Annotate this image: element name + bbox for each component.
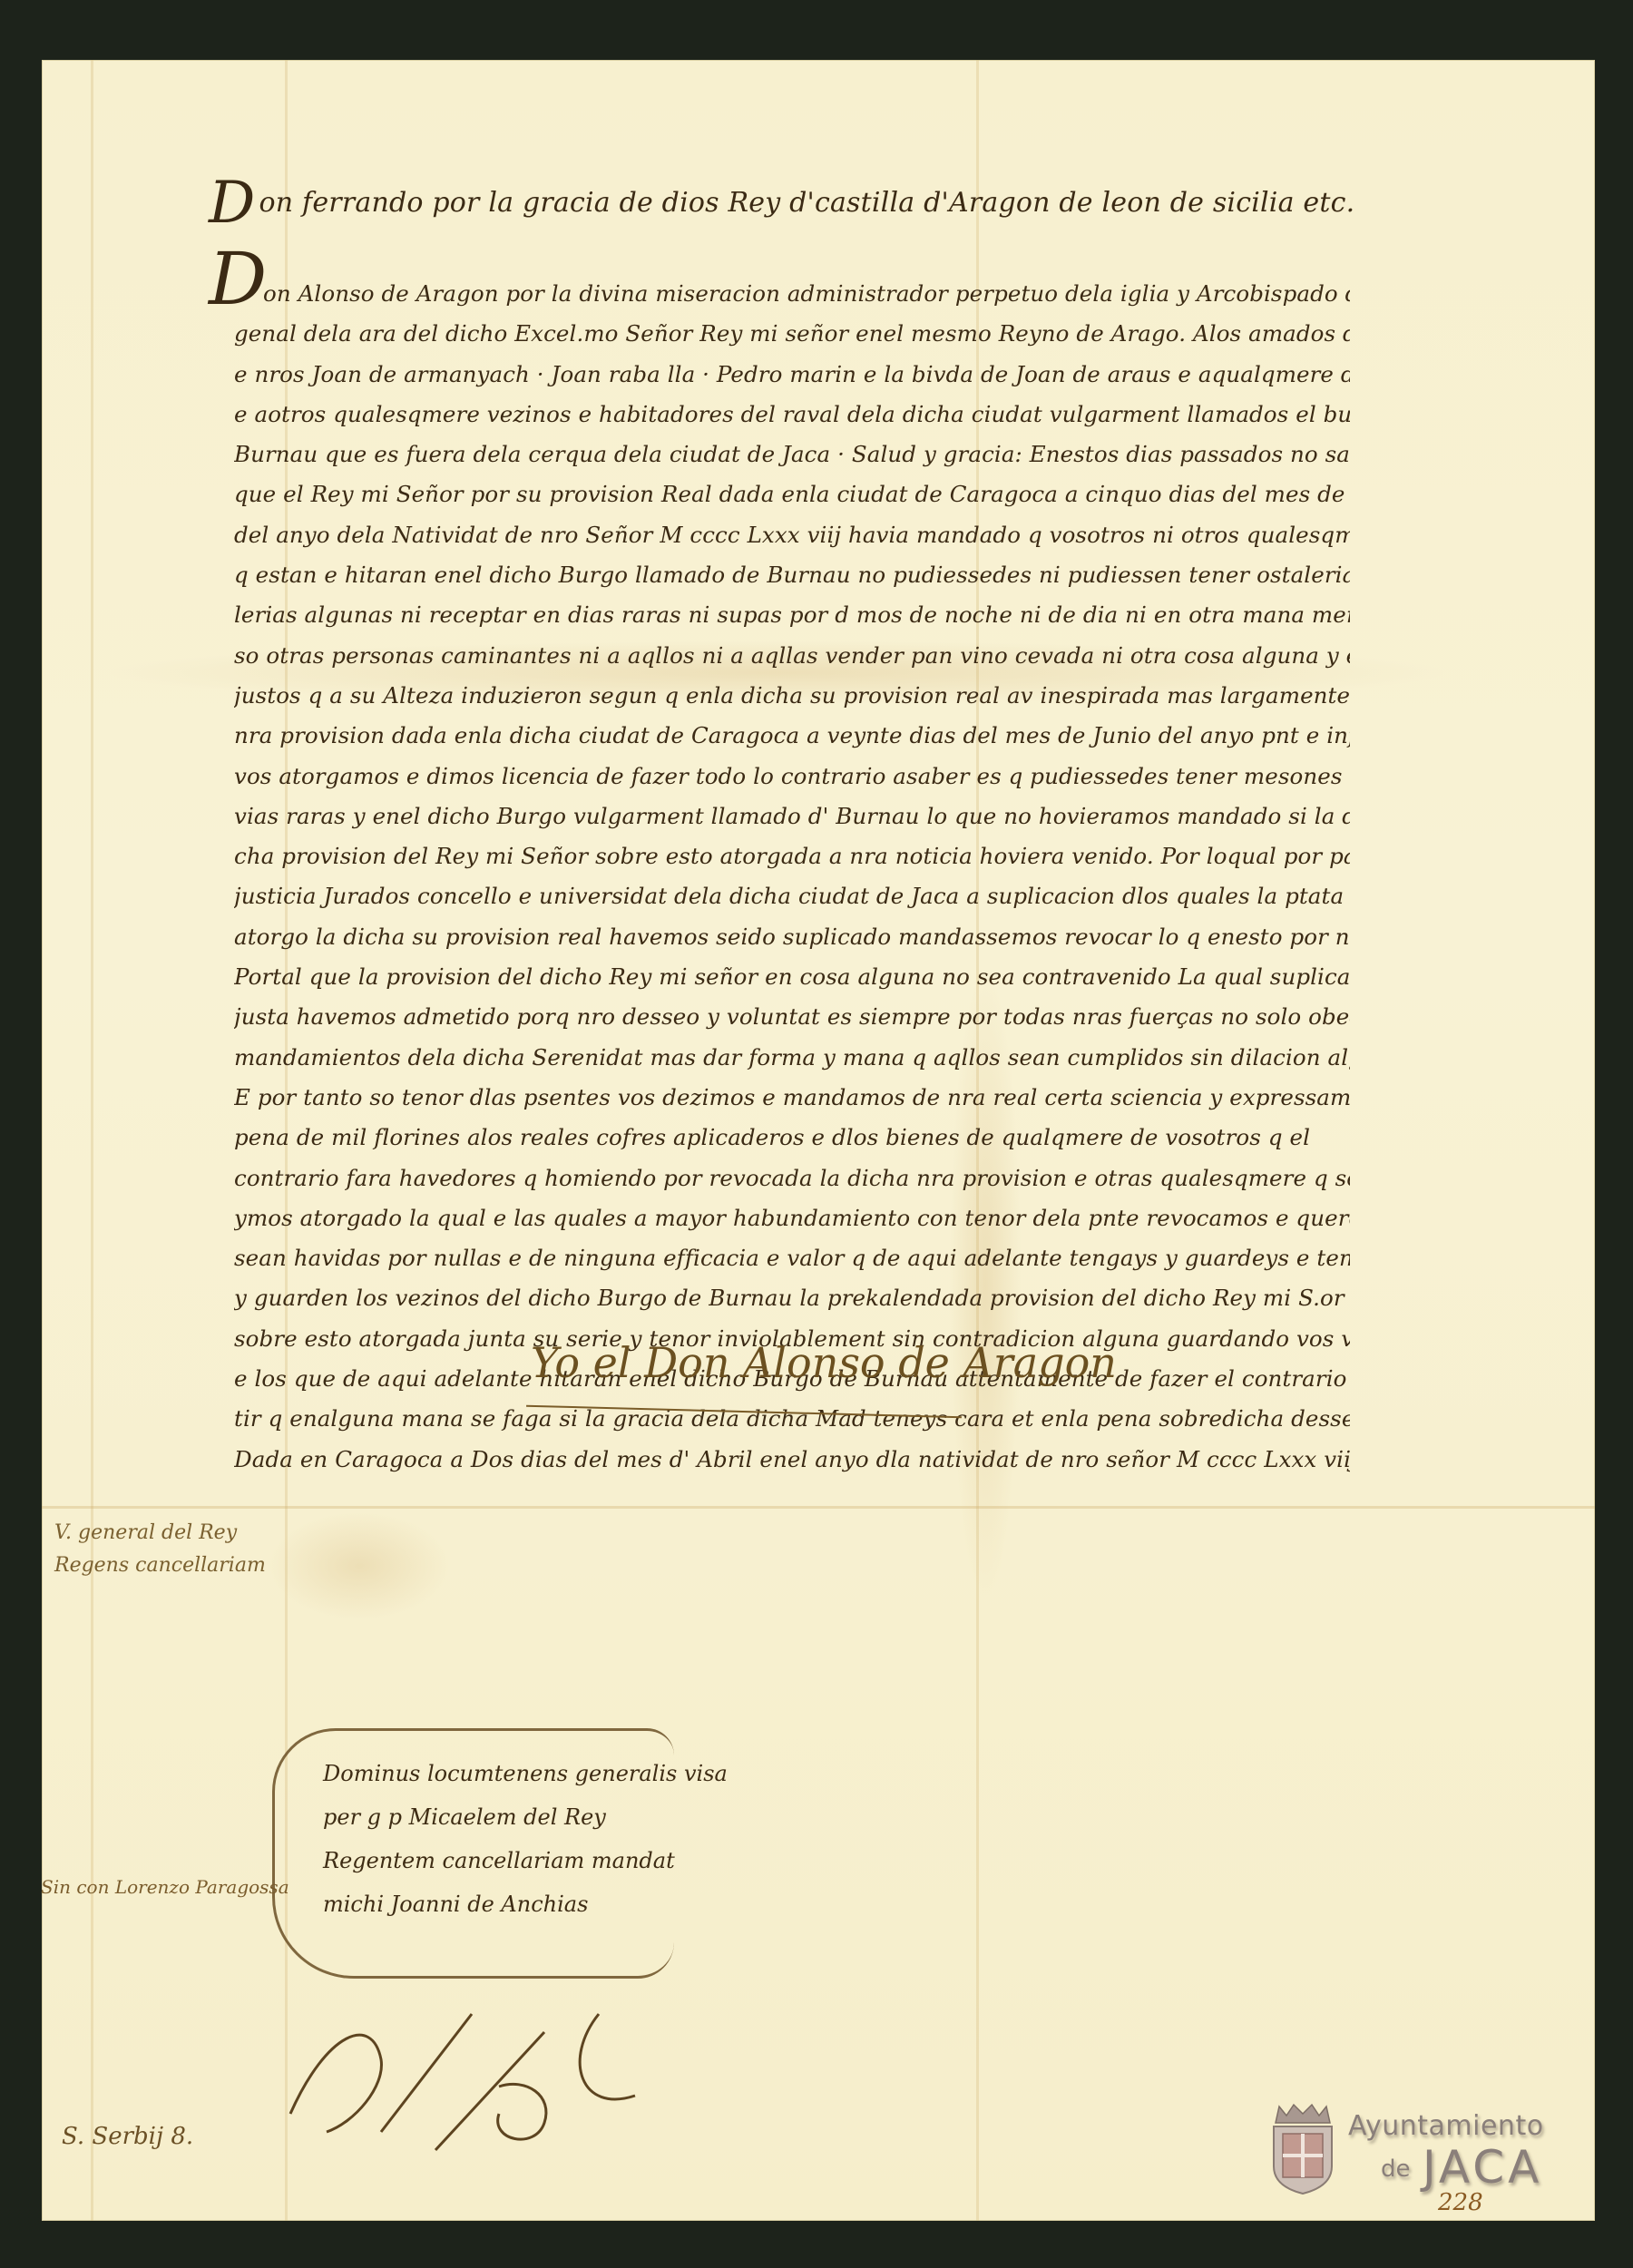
body-line: tir q enalguna mana se faga si la gracia… bbox=[234, 1399, 1350, 1439]
body-line: mandamientos dela dicha Serenidat mas da… bbox=[234, 1038, 1350, 1078]
body-line: vos atorgamos e dimos licencia de fazer … bbox=[234, 757, 1350, 797]
body-line: Burnau que es fuera dela cerqua dela ciu… bbox=[234, 435, 1350, 474]
body-line: justos q a su Alteza induzieron segun q … bbox=[234, 676, 1350, 716]
body-line: vias raras y enel dicho Burgo vulgarment… bbox=[234, 797, 1350, 836]
ayuntamiento-jaca-logo: Ayuntamiento de JACA bbox=[1266, 2097, 1557, 2206]
chancery-line: Regentem cancellariam mandat bbox=[323, 1839, 728, 1882]
secretary-flourish-signature bbox=[272, 1978, 689, 2159]
watermark-de: de bbox=[1381, 2156, 1411, 2183]
body-line: so otras personas caminantes ni a aqllos… bbox=[234, 636, 1350, 676]
coat-of-arms-icon bbox=[1266, 2103, 1339, 2197]
margin-note-line: Regens cancellariam bbox=[54, 1549, 266, 1582]
body-line: que el Rey mi Señor por su provision Rea… bbox=[234, 474, 1350, 514]
body-line: e nros Joan de armanyach · Joan raba lla… bbox=[234, 355, 1350, 395]
margin-note-line: V. general del Rey bbox=[54, 1517, 266, 1549]
body-line: cha provision del Rey mi Señor sobre est… bbox=[234, 836, 1350, 876]
body-line: e aotros qualesqmere vezinos e habitador… bbox=[234, 395, 1350, 435]
body-line: atorgo la dicha su provision real havemo… bbox=[234, 917, 1350, 957]
chancery-line: Dominus locumtenens generalis visa bbox=[323, 1752, 728, 1795]
body-line: ymos atorgado la qual e las quales a may… bbox=[234, 1198, 1350, 1238]
watermark-line1: Ayuntamiento bbox=[1348, 2110, 1544, 2142]
chancery-text: Dominus locumtenens generalis visa per g… bbox=[323, 1752, 728, 1926]
body-line: nra provision dada enla dicha ciudat de … bbox=[234, 716, 1350, 756]
body-line: genal dela ara del dicho Excel.mo Señor … bbox=[234, 314, 1350, 354]
margin-note-middle: Sin con Lorenzo Paragossa bbox=[41, 1876, 289, 1898]
margin-note-upper: V. general del Rey Regens cancellariam bbox=[54, 1517, 266, 1582]
chancery-line: per g p Micaelem del Rey bbox=[323, 1795, 728, 1839]
document-header: Don ferrando por la gracia de dios Rey d… bbox=[209, 174, 1354, 232]
fold-line-horizontal bbox=[42, 1506, 1595, 1509]
document-body: on Alonso de Aragon por la divina misera… bbox=[234, 274, 1350, 1480]
body-line: contrario fara havedores q homiendo por … bbox=[234, 1158, 1350, 1198]
header-text: on ferrando por la gracia de dios Rey d'… bbox=[259, 187, 1355, 219]
body-line: justicia Jurados concello e universidat … bbox=[234, 876, 1350, 916]
watermark-city: JACA bbox=[1423, 2141, 1542, 2194]
body-line: q estan e hitaran enel dicho Burgo llama… bbox=[234, 555, 1350, 595]
body-line: Dada en Caragoca a Dos dias del mes d' A… bbox=[234, 1440, 1350, 1480]
body-line: sean havidas por nullas e de ninguna eff… bbox=[234, 1238, 1350, 1278]
chancery-line: michi Joanni de Anchias bbox=[323, 1882, 728, 1926]
body-line: del anyo dela Natividat de nro Señor M c… bbox=[234, 515, 1350, 555]
body-line: y guarden los vezinos del dicho Burgo de… bbox=[234, 1278, 1350, 1318]
body-line: justa havemos admetido porq nro desseo y… bbox=[234, 997, 1350, 1037]
stain-margin bbox=[269, 1511, 450, 1620]
folio-number: 228 bbox=[1438, 2189, 1483, 2216]
chancery-note: Dominus locumtenens generalis visa per g… bbox=[272, 1728, 689, 1982]
signature: Yo el Don Alonso de Aragon bbox=[531, 1338, 1117, 1387]
body-line: Portal que la provision del dicho Rey mi… bbox=[234, 957, 1350, 997]
body-line: lerias algunas ni receptar en dias raras… bbox=[234, 595, 1350, 635]
body-line: E por tanto so tenor dlas psentes vos de… bbox=[234, 1078, 1350, 1118]
margin-note-lower: S. Serbij 8. bbox=[62, 2123, 193, 2150]
header-initial: D bbox=[209, 174, 256, 232]
body-line: on Alonso de Aragon por la divina misera… bbox=[234, 274, 1350, 314]
body-line: pena de mil florines alos reales cofres … bbox=[234, 1118, 1350, 1158]
